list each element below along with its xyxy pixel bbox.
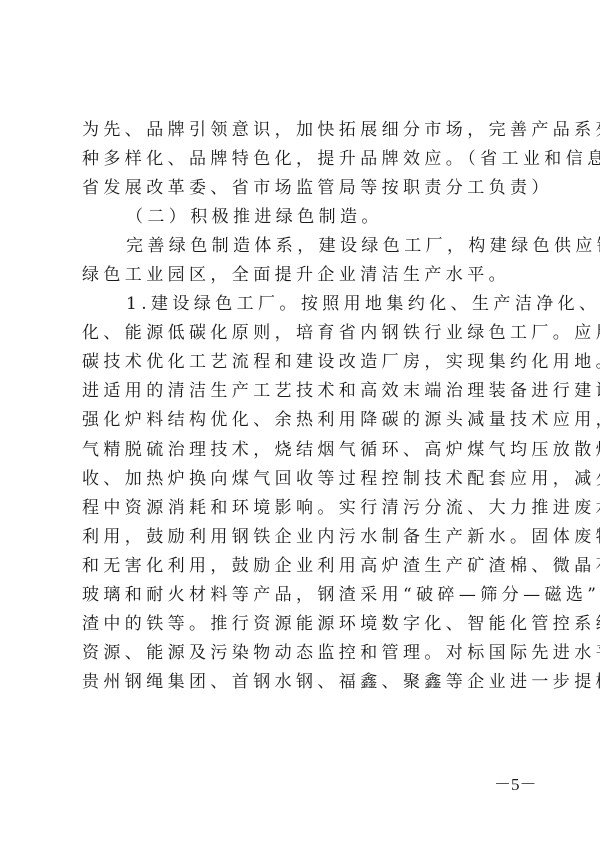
text-line: 省发展改革委、省市场监管局等按职责分工负责）: [82, 174, 524, 203]
item1-paragraph-line: 贵州钢绳集团、首钢水钢、福鑫、聚鑫等企业进一步提标改造，: [82, 668, 524, 697]
section-heading: （二）积极推进绿色制造。: [82, 203, 524, 232]
intro-paragraph-line: 完善绿色制造体系，建设绿色工厂，构建绿色供应链，打造: [82, 232, 524, 261]
item1-paragraph-line: 强化炉料结构优化、余热利用降碳的源头减量技术应用，高炉煤: [82, 406, 524, 435]
item1-paragraph-line: 玻璃和耐火材料等产品，钢渣采用“破碎—筛分—磁选”回收钢: [82, 581, 524, 610]
body-text: 为先、品牌引领意识，加快拓展细分市场，完善产品系列化、品 种多样化、品牌特色化，…: [82, 116, 524, 697]
item1-paragraph-line: 资源、能源及污染物动态监控和管理。对标国际先进水平，引导: [82, 639, 524, 668]
item1-paragraph-line: 程中资源消耗和环境影响。实行清污分流、大力推进废水资源化: [82, 494, 524, 523]
item1-paragraph-line: 进适用的清洁生产工艺技术和高效末端治理装备进行建设改造，: [82, 377, 524, 406]
item1-paragraph-line: 碳技术优化工艺流程和建设改造厂房，实现集约化用地。选用先: [82, 348, 524, 377]
item1-paragraph-line: 气精脱硫治理技术，烧结烟气循环、高炉煤气均压放散煤气全回: [82, 436, 524, 465]
text-line: 种多样化、品牌特色化，提升品牌效应。（省工业和信息化厅、: [82, 145, 524, 174]
document-page: 为先、品牌引领意识，加快拓展细分市场，完善产品系列化、品 种多样化、品牌特色化，…: [0, 0, 600, 848]
item1-heading-line: 1.建设绿色工厂。按照用地集约化、生产洁净化、废物资源: [82, 290, 524, 319]
intro-paragraph-line: 绿色工业园区，全面提升企业清洁生产水平。: [82, 261, 524, 290]
item1-paragraph-line: 和无害化利用，鼓励企业利用高炉渣生产矿渣棉、微晶石、微晶: [82, 552, 524, 581]
page-number: －5－: [494, 770, 537, 795]
item1-paragraph-line: 化、能源低碳化原则，培育省内钢铁行业绿色工厂。应用绿色低: [82, 319, 524, 348]
text-line: 为先、品牌引领意识，加快拓展细分市场，完善产品系列化、品: [82, 116, 524, 145]
item1-paragraph-line: 收、加热炉换向煤气回收等过程控制技术配套应用，减少生产过: [82, 465, 524, 494]
item1-paragraph-line: 利用，鼓励利用钢铁企业内污水制备生产新水。固体废物资源化: [82, 523, 524, 552]
item1-paragraph-line: 渣中的铁等。推行资源能源环境数字化、智能化管控系统，实现: [82, 610, 524, 639]
